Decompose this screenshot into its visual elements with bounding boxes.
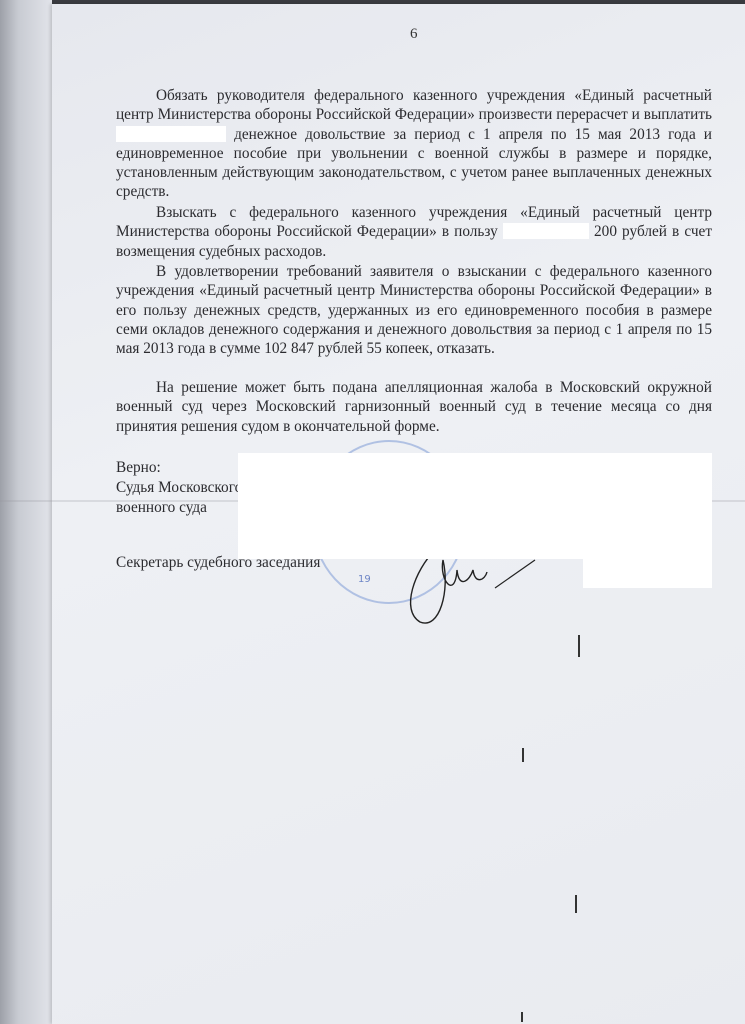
redaction-box: [116, 126, 226, 142]
scan-left-edge: [0, 0, 52, 1024]
paragraph-obligate: Обязать руководителя федерального казенн…: [116, 86, 712, 202]
redaction-box: [503, 223, 589, 239]
paragraph-text: На решение может быть подана апелляционн…: [116, 379, 712, 435]
paragraph-text: Обязать руководителя федерального казенн…: [116, 87, 712, 123]
scan-artifact: [575, 895, 577, 913]
scan-artifact: [522, 748, 524, 762]
judge-title-line-2: военного суда: [116, 499, 207, 517]
stamp-number: 19: [358, 574, 371, 585]
scan-artifact: [521, 1012, 523, 1022]
paragraph-recover: Взыскать с федерального казенного учрежд…: [116, 203, 712, 261]
redaction-box: [583, 559, 712, 588]
scan-artifact: [578, 635, 580, 657]
paragraph-text: В удовлетворении требований заявителя о …: [116, 263, 712, 357]
paragraph-deny: В удовлетворении требований заявителя о …: [116, 262, 712, 358]
verified-label: Верно:: [116, 459, 161, 477]
paragraph-appeal: На решение может быть подана апелляционн…: [116, 378, 712, 436]
redaction-box: [238, 453, 712, 559]
page-number: 6: [410, 26, 418, 43]
